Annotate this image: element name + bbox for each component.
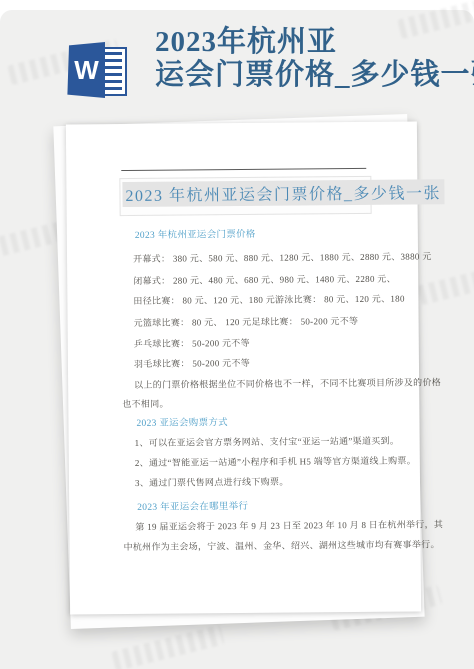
word-icon-letter: W	[71, 55, 99, 86]
document-top-rule	[121, 168, 366, 171]
doc-section-heading: 2023 年杭州亚运会门票价格	[135, 226, 256, 241]
preview-header: W 2023年杭州亚 运会门票价格_多少钱一张	[0, 0, 474, 112]
document-title-box: 2023 年杭州亚运会门票价格_多少钱一张	[119, 176, 371, 216]
doc-text-line: 2、通过“智能亚运一站通”小程序和手机 H5 端等官方渠道线上购票。	[135, 453, 416, 468]
document-preview-page: { "header": { "title_line1": "2023年杭州亚",…	[0, 0, 474, 669]
file-title-line1: 2023年杭州亚	[155, 26, 474, 59]
doc-section-heading: 2023 年亚运会在哪里举行	[137, 498, 248, 513]
doc-text-line: 中杭州作为主会场，宁波、温州、金华、绍兴、湖州这些城市均有赛事举行。	[123, 537, 439, 553]
doc-text-line: 闭幕式： 280 元、480 元、680 元、980 元、1480 元、2280…	[133, 272, 396, 287]
doc-text-line: 1、可以在亚运会官方票务网站、支付宝“亚运一站通”渠道买到。	[135, 434, 400, 449]
word-icon-cover: W	[65, 42, 105, 98]
doc-text-line: 田径比赛： 80 元、120 元、180 元游泳比赛： 80 元、120 元、1…	[133, 292, 404, 307]
doc-text-line: 羽毛球比赛： 50-200 元不等	[134, 356, 250, 370]
file-title-line2: 运会门票价格_多少钱一张	[155, 59, 474, 92]
word-file-icon: W	[65, 42, 128, 98]
doc-text-line: 乒乓球比赛： 50-200 元不等	[134, 336, 250, 350]
document-page: 2023 年杭州亚运会门票价格_多少钱一张 2023 年杭州亚运会门票价格 开幕…	[66, 121, 421, 614]
doc-text-line: 元篮球比赛： 80 元、 120 元足球比赛： 50-200 元不等	[134, 314, 359, 329]
doc-text-line: 开幕式： 380 元、580 元、880 元、1280 元、1880 元、288…	[133, 249, 432, 265]
doc-text-line: 3、通过门票代售网点进行线下购票。	[135, 475, 289, 489]
document-title: 2023 年杭州亚运会门票价格_多少钱一张	[122, 179, 444, 207]
doc-text-line: 以上的门票价格根据坐位不同价格也不一样，不同不比赛项目所涉及的价格	[134, 375, 441, 391]
file-title: 2023年杭州亚 运会门票价格_多少钱一张	[155, 26, 474, 92]
doc-text-line: 第 19 届亚运会将于 2023 年 9 月 23 日至 2023 年 10 月…	[135, 517, 443, 533]
doc-text-line: 也不相同。	[122, 397, 169, 410]
doc-section-heading: 2023 亚运会购票方式	[136, 414, 228, 429]
